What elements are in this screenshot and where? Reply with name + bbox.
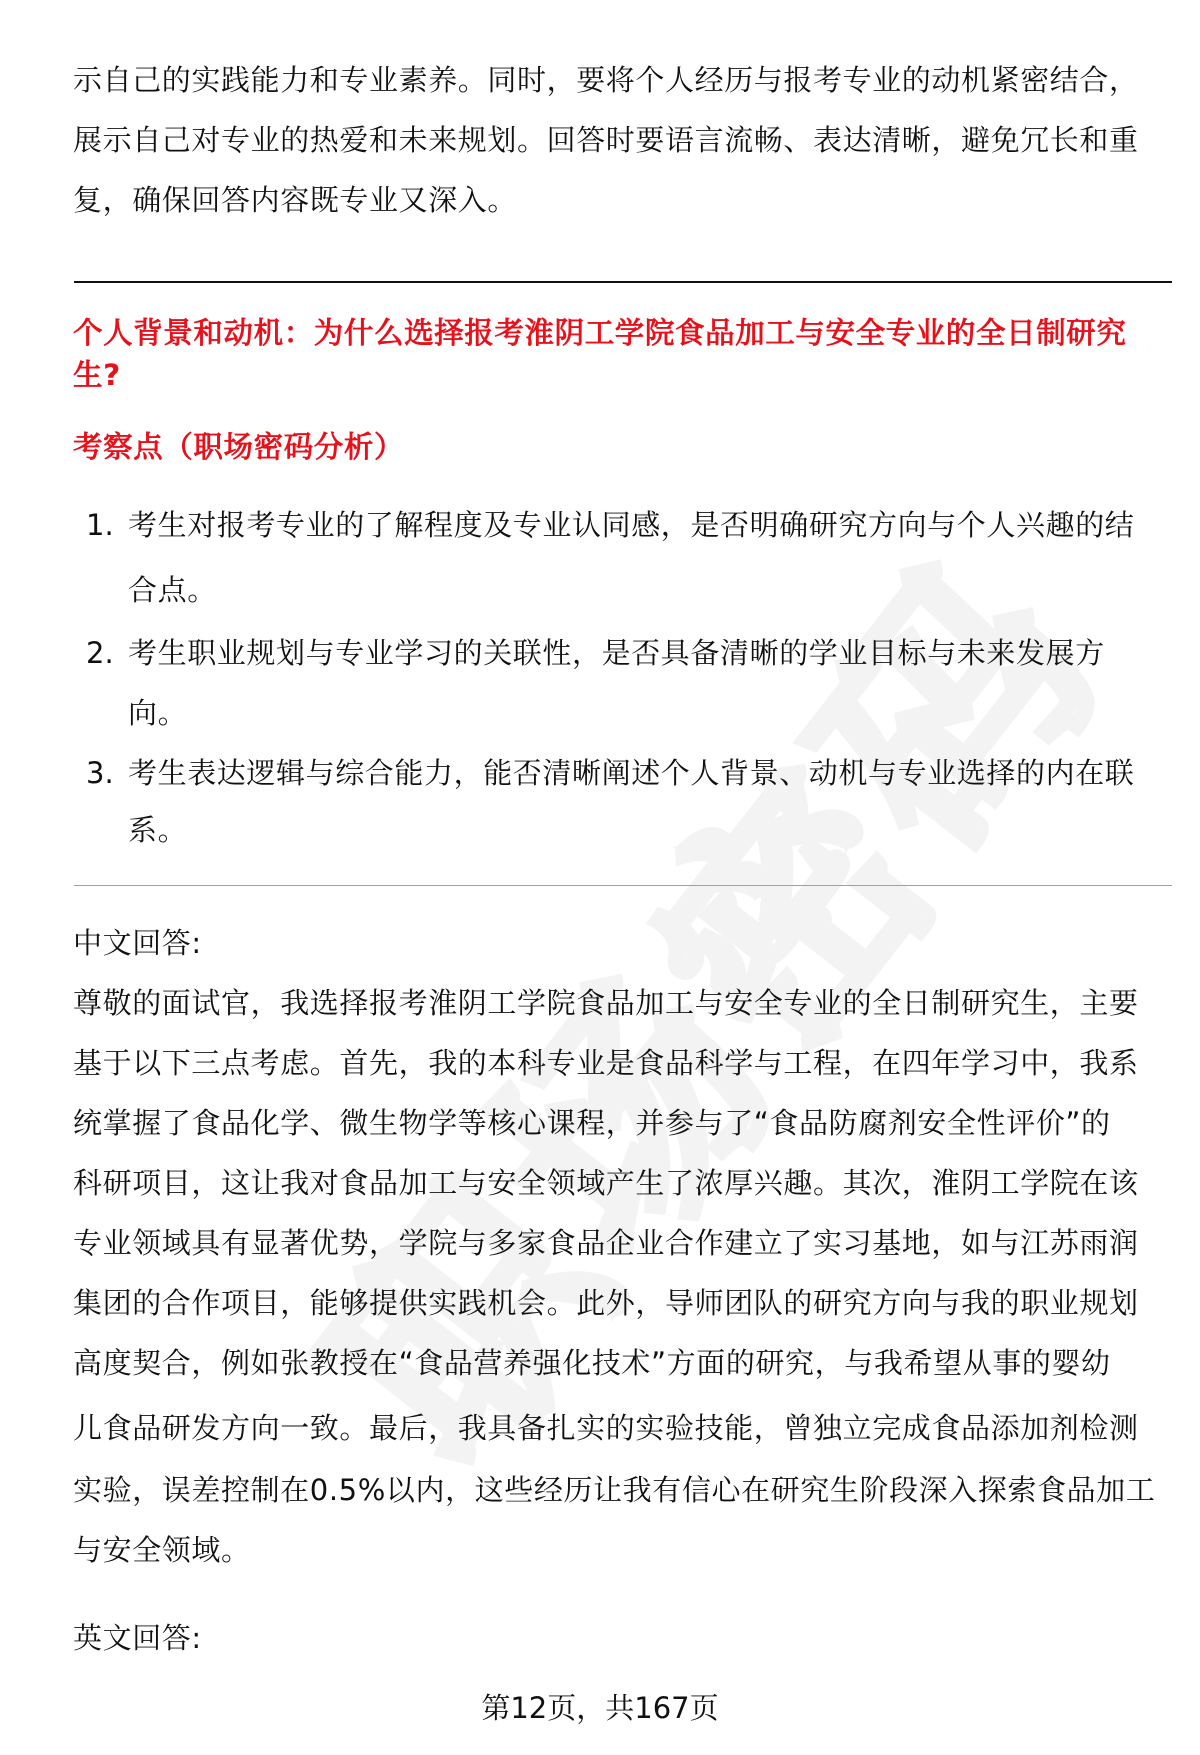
list-number: 1. bbox=[86, 507, 114, 543]
english-answer-label: 英文回答: bbox=[73, 1620, 202, 1656]
page-indicator: 第12页，共167页 bbox=[0, 1690, 1200, 1726]
list-number: 3. bbox=[86, 755, 114, 791]
focus-heading: 考察点（职场密码分析） bbox=[73, 429, 404, 465]
list-item-text: 合点。 bbox=[128, 572, 217, 608]
section-divider bbox=[74, 281, 1172, 283]
answer-line: 高度契合，例如张教授在“食品营养强化技术”方面的研究，与我希望从事的婴幼 bbox=[73, 1345, 1111, 1381]
answer-line: 专业领域具有显著优势，学院与多家食品企业合作建立了实习基地，如与江苏雨润 bbox=[73, 1225, 1139, 1261]
intro-line: 展示自己对专业的热爱和未来规划。回答时要语言流畅、表达清晰，避免冗长和重 bbox=[73, 122, 1139, 158]
question-title-line: 个人背景和动机：为什么选择报考淮阴工学院食品加工与安全专业的全日制研究 bbox=[73, 315, 1127, 351]
question-title-line: 生? bbox=[73, 357, 121, 393]
answer-line: 统掌握了食品化学、微生物学等核心课程，并参与了“食品防腐剂安全性评价”的 bbox=[73, 1105, 1111, 1141]
list-number: 2. bbox=[86, 635, 114, 671]
chinese-answer-label: 中文回答: bbox=[73, 925, 202, 961]
list-item-text: 系。 bbox=[128, 812, 187, 848]
section-divider bbox=[74, 885, 1172, 886]
document-page: 职场密码 示自己的实践能力和专业素养。同时，要将个人经历与报考专业的动机紧密结合… bbox=[0, 0, 1200, 1755]
answer-line: 实验，误差控制在0.5%以内，这些经历让我有信心在研究生阶段深入探索食品加工 bbox=[73, 1472, 1155, 1508]
list-item-text: 考生表达逻辑与综合能力，能否清晰阐述个人背景、动机与专业选择的内在联 bbox=[128, 755, 1134, 791]
list-item-text: 向。 bbox=[128, 695, 187, 731]
answer-line: 儿食品研发方向一致。最后，我具备扎实的实验技能，曾独立完成食品添加剂检测 bbox=[73, 1410, 1139, 1446]
answer-line: 尊敬的面试官，我选择报考淮阴工学院食品加工与安全专业的全日制研究生，主要 bbox=[73, 985, 1139, 1021]
answer-line: 科研项目，这让我对食品加工与安全领域产生了浓厚兴趣。其次，淮阴工学院在该 bbox=[73, 1165, 1139, 1201]
list-item-text: 考生职业规划与专业学习的关联性，是否具备清晰的学业目标与未来发展方 bbox=[128, 635, 1105, 671]
answer-line: 集团的合作项目，能够提供实践机会。此外，导师团队的研究方向与我的职业规划 bbox=[73, 1285, 1139, 1321]
answer-line: 与安全领域。 bbox=[73, 1532, 251, 1568]
list-item-text: 考生对报考专业的了解程度及专业认同感，是否明确研究方向与个人兴趣的结 bbox=[128, 507, 1134, 543]
intro-line: 示自己的实践能力和专业素养。同时，要将个人经历与报考专业的动机紧密结合， bbox=[73, 62, 1139, 98]
intro-line: 复，确保回答内容既专业又深入。 bbox=[73, 182, 517, 218]
answer-line: 基于以下三点考虑。首先，我的本科专业是食品科学与工程，在四年学习中，我系 bbox=[73, 1045, 1139, 1081]
